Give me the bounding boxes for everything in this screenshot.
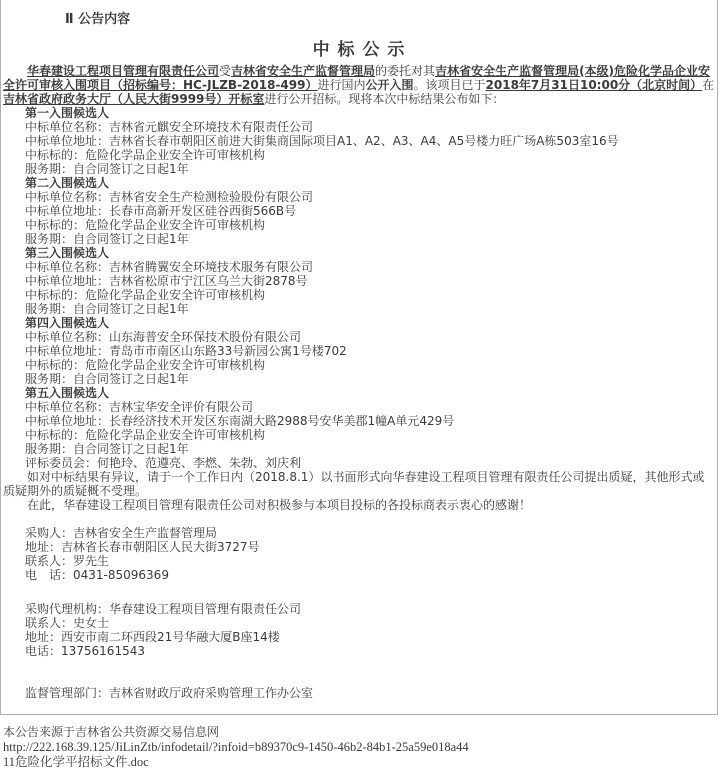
candidate-5-service: 服务期：自合同签订之日起1年: [1, 442, 717, 456]
footer-source-line: 本公告来源于吉林省公共资源交易信息网: [3, 725, 726, 740]
candidate-4-heading: 第四入围候选人: [1, 316, 717, 330]
intro-text: 的委托对其: [375, 64, 435, 78]
candidate-5-address: 中标单位地址：长春经济技术开发区东南湖大路2988号安华美郡1幢A单元429号: [1, 414, 717, 428]
candidate-4-address: 中标单位地址：青岛市市南区山东路33号新园公寓1号楼702: [1, 344, 717, 358]
thanks-paragraph: 在此，华春建设工程项目管理有限责任公司对积极参与本项目投标的各投标商表示衷心的感…: [3, 498, 715, 512]
intro-text: 在: [702, 78, 714, 92]
candidate-3-subject: 中标标的：危险化学品企业安全许可审核机构: [1, 288, 717, 302]
objection-paragraph: 如对中标结果有异议，请于一个工作日内（2018.8.1）以书面形式向华春建设工程…: [3, 470, 715, 498]
candidate-1-name: 中标单位名称：吉林省元麒安全环境技术有限责任公司: [1, 120, 717, 134]
candidate-1-address: 中标单位地址：吉林省长春市朝阳区前进大街集商国际项目A1、A2、A3、A4、A5…: [1, 134, 717, 148]
candidate-1-service: 服务期：自合同签订之日起1年: [1, 162, 717, 176]
intro-bid-type: 公开入围: [366, 78, 414, 92]
footer: 本公告来源于吉林省公共资源交易信息网 http://222.168.39.125…: [0, 725, 726, 770]
candidate-4-service: 服务期：自合同签订之日起1年: [1, 372, 717, 386]
intro-agent-company: 华春建设工程项目管理有限责任公司: [27, 64, 219, 78]
purchaser-name: 采购人：吉林省安全生产监督管理局: [1, 526, 717, 540]
agency-phone: 电话：13756161543: [1, 644, 717, 658]
intro-text: 。该项目已于: [414, 78, 486, 92]
supervisor-line: 监督管理部门：吉林省财政厅政府采购管理工作办公室: [1, 686, 717, 700]
agency-contact: 联系人：史女士: [1, 616, 717, 630]
intro-purchaser: 吉林省安全生产监督管理局: [231, 64, 375, 78]
candidate-5-heading: 第五入围候选人: [1, 386, 717, 400]
page-title: 中 标 公 示: [1, 35, 717, 60]
announcement-document: Ⅱ 公告内容 中 标 公 示 华春建设工程项目管理有限责任公司受吉林省安全生产监…: [0, 0, 726, 770]
candidate-block-5: 第五入围候选人 中标单位名称：吉林宝华安全评价有限公司 中标单位地址：长春经济技…: [1, 386, 717, 456]
candidate-2-heading: 第二入围候选人: [1, 176, 717, 190]
candidate-3-service: 服务期：自合同签订之日起1年: [1, 302, 717, 316]
purchaser-contact: 联系人：罗先生: [1, 554, 717, 568]
committee-line: 评标委员会：何艳玲、范遵亮、李燃、朱勃、刘庆利: [1, 456, 717, 470]
intro-open-place: 吉林省政府政务大厅（人民大街9999号）开标室: [3, 92, 264, 106]
candidate-block-2: 第二入围候选人 中标单位名称：吉林省安全生产检测检验股份有限公司 中标单位地址：…: [1, 176, 717, 246]
candidate-block-1: 第一入围候选人 中标单位名称：吉林省元麒安全环境技术有限责任公司 中标单位地址：…: [1, 106, 717, 176]
candidate-2-name: 中标单位名称：吉林省安全生产检测检验股份有限公司: [1, 190, 717, 204]
candidate-2-service: 服务期：自合同签订之日起1年: [1, 232, 717, 246]
agency-name: 采购代理机构：华春建设工程项目管理有限责任公司: [1, 602, 717, 616]
candidate-1-heading: 第一入围候选人: [1, 106, 717, 120]
purchaser-block: 采购人：吉林省安全生产监督管理局 地址：吉林省长春市朝阳区人民大街3727号 联…: [1, 526, 717, 582]
section-heading: Ⅱ 公告内容: [65, 8, 717, 27]
purchaser-address: 地址：吉林省长春市朝阳区人民大街3727号: [1, 540, 717, 554]
purchaser-phone: 电 话：0431-85096369: [1, 568, 717, 582]
footer-url-line: http://222.168.39.125/JiLinZtb/infodetai…: [3, 740, 726, 755]
candidate-3-heading: 第三入围候选人: [1, 246, 717, 260]
intro-open-time: 2018年7月31日10:00分（北京时间）: [486, 78, 703, 92]
candidate-5-subject: 中标标的：危险化学品企业安全许可审核机构: [1, 428, 717, 442]
candidate-4-subject: 中标标的：危险化学品企业安全许可审核机构: [1, 358, 717, 372]
intro-paragraph: 华春建设工程项目管理有限责任公司受吉林省安全生产监督管理局的委托对其吉林省安全生…: [3, 64, 715, 106]
candidate-1-subject: 中标标的：危险化学品企业安全许可审核机构: [1, 148, 717, 162]
candidate-block-3: 第三入围候选人 中标单位名称：吉林省腾翼安全环境技术服务有限公司 中标单位地址：…: [1, 246, 717, 316]
candidate-3-name: 中标单位名称：吉林省腾翼安全环境技术服务有限公司: [1, 260, 717, 274]
candidate-block-4: 第四入围候选人 中标单位名称：山东海普安全环保技术股份有限公司 中标单位地址：青…: [1, 316, 717, 386]
footer-doc-line: 11危险化学平招标文件.doc: [3, 755, 726, 770]
content-box: Ⅱ 公告内容 中 标 公 示 华春建设工程项目管理有限责任公司受吉林省安全生产监…: [0, 0, 718, 715]
intro-text: 受: [219, 64, 231, 78]
supervisor-block: 监督管理部门：吉林省财政厅政府采购管理工作办公室: [1, 686, 717, 700]
candidate-2-subject: 中标标的：危险化学品企业安全许可审核机构: [1, 218, 717, 232]
agency-block: 采购代理机构：华春建设工程项目管理有限责任公司 联系人：史女士 地址：西安市南二…: [1, 602, 717, 658]
intro-text: 进行国内: [317, 78, 365, 92]
candidate-5-name: 中标单位名称：吉林宝华安全评价有限公司: [1, 400, 717, 414]
candidate-4-name: 中标单位名称：山东海普安全环保技术股份有限公司: [1, 330, 717, 344]
candidate-3-address: 中标单位地址：吉林省松原市宁江区乌兰大街2878号: [1, 274, 717, 288]
agency-address: 地址：西安市南二环西段21号华融大厦B座14楼: [1, 630, 717, 644]
candidate-2-address: 中标单位地址：长春市高新开发区硅谷西街566B号: [1, 204, 717, 218]
intro-text: 进行公开招标。现将本次中标结果公布如下：: [264, 92, 504, 106]
